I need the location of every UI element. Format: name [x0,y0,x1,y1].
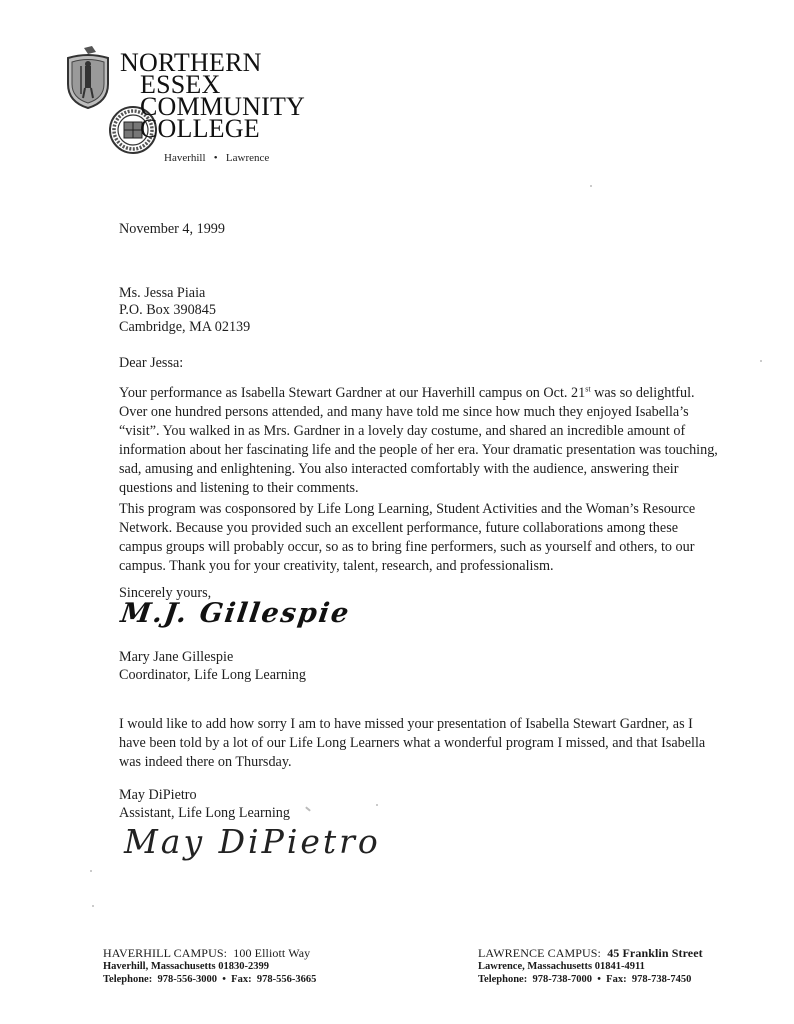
phone-label: Telephone: [103,974,152,985]
campus-street: 100 Elliott Way [233,946,310,960]
phone-number: 978-738-7000 [532,974,592,985]
scan-speck [90,870,92,872]
letterhead: NORTHERN ESSEX COMMUNITY COLLEGE Haverhi… [58,42,358,172]
scan-speck [305,806,311,811]
college-name: NORTHERN ESSEX COMMUNITY COLLEGE [120,52,305,140]
college-name-line: COLLEGE [120,118,305,140]
campus-list: Haverhill • Lawrence [164,152,269,164]
separator-bullet: • [222,974,226,985]
signer-name: May DiPietro [119,786,290,804]
salutation: Dear Jessa: [119,354,183,373]
campus-haverhill: Haverhill [164,152,206,164]
recipient-address-line: P.O. Box 390845 [119,302,250,319]
scan-speck [590,185,592,187]
recipient-name: Ms. Jessa Piaia [119,285,250,302]
signer-title: Assistant, Life Long Learning [119,804,290,822]
signer-block-1: Mary Jane Gillespie Coordinator, Life Lo… [119,648,306,684]
recipient-address-line: Cambridge, MA 02139 [119,319,250,336]
fax-label: Fax: [231,974,251,985]
campus-street: 45 Franklin Street [607,946,703,960]
letter-date: November 4, 1999 [119,220,225,239]
scan-speck [376,804,378,806]
signature-dipietro: May DiPietro [124,822,381,861]
campus-city: Haverhill, Massachusetts 01830-2399 [103,960,316,973]
phone-label: Telephone: [478,974,527,985]
separator-bullet: • [214,152,218,164]
fax-label: Fax: [606,974,626,985]
signer-title: Coordinator, Life Long Learning [119,666,306,684]
campus-lawrence: Lawrence [226,152,269,164]
campus-heading: LAWRENCE CAMPUS: [478,946,601,960]
footer-haverhill: HAVERHILL CAMPUS: 100 Elliott Way Haverh… [103,947,316,986]
body-paragraph-3: I would like to add how sorry I am to ha… [119,715,719,772]
paragraph-text: I would like to add how sorry I am to ha… [119,715,719,772]
fax-number: 978-738-7450 [632,974,692,985]
body-paragraph-2: This program was cosponsored by Life Lon… [119,500,719,576]
fax-number: 978-556-3665 [257,974,317,985]
scan-speck [92,905,94,907]
massachusetts-seal-icon [62,44,114,112]
paragraph-text: This program was cosponsored by Life Lon… [119,500,719,576]
signer-block-2: May DiPietro Assistant, Life Long Learni… [119,786,290,822]
campus-city: Lawrence, Massachusetts 01841-4911 [478,960,703,973]
signer-name: Mary Jane Gillespie [119,648,306,666]
paragraph-text: Your performance as Isabella Stewart Gar… [119,385,585,401]
paragraph-text: was so delightful. Over one hundred pers… [119,385,718,496]
separator-bullet: • [597,974,601,985]
signature-gillespie: M.J. Gillespie [119,598,353,629]
recipient-address: Ms. Jessa Piaia P.O. Box 390845 Cambridg… [119,285,250,336]
footer-lawrence: LAWRENCE CAMPUS: 45 Franklin Street Lawr… [478,947,703,986]
scan-speck [760,360,762,362]
phone-number: 978-556-3000 [157,974,217,985]
body-paragraph-1: Your performance as Isabella Stewart Gar… [119,384,719,498]
campus-heading: HAVERHILL CAMPUS: [103,946,227,960]
